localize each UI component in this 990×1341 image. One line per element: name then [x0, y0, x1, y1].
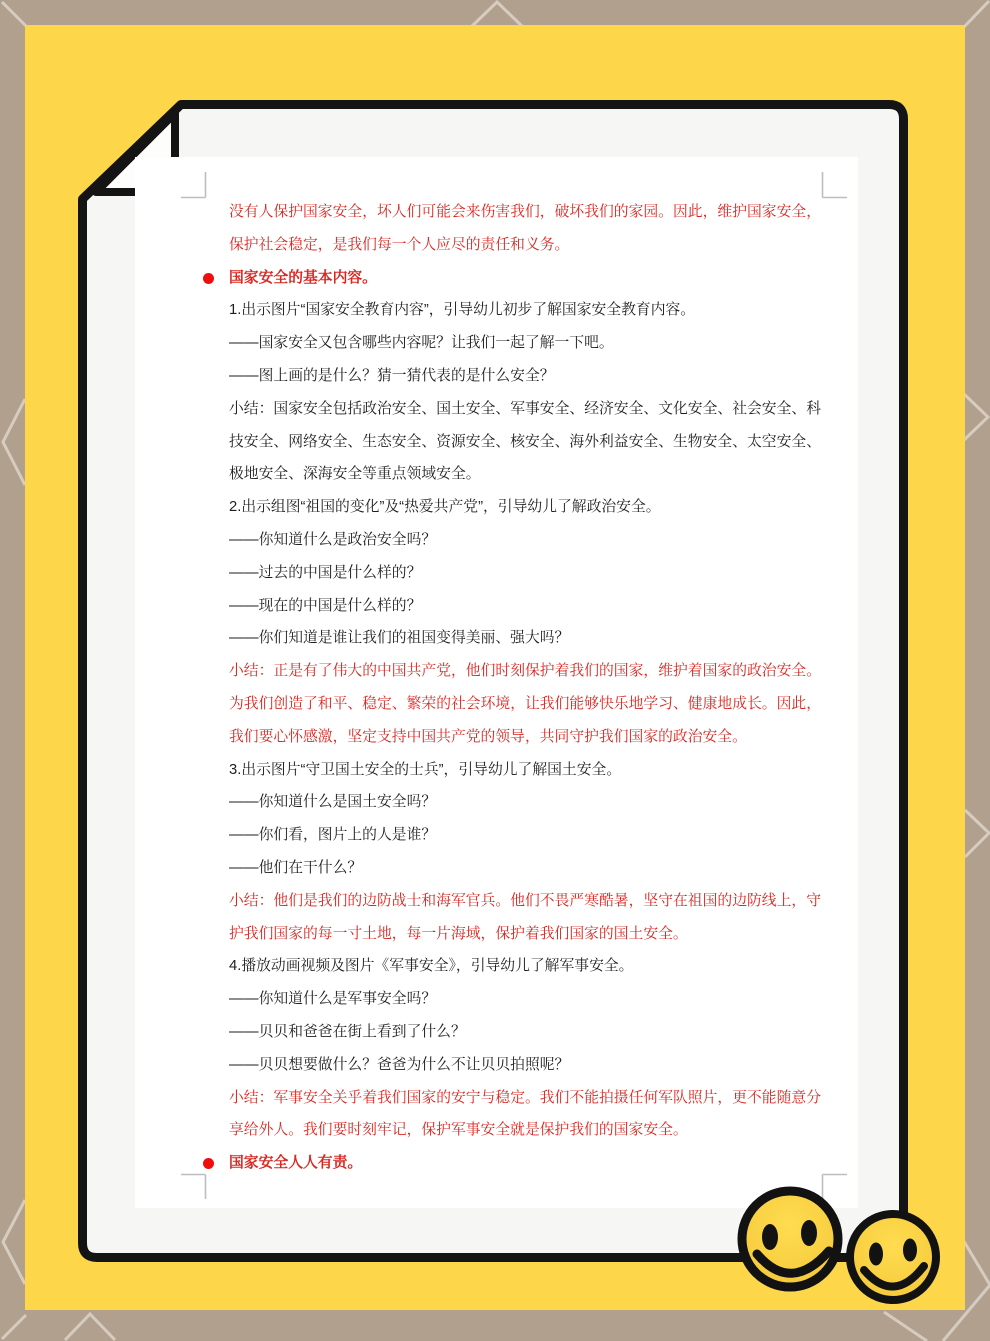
smiley-eye [869, 1243, 883, 1266]
framed-card: 没有人保护国家安全，坏人们可能会来伤害我们，破坏我们的家园。因此，维护国家安全，… [0, 0, 990, 1341]
smiley-icon-small [850, 1214, 936, 1300]
smiley-eye [903, 1239, 917, 1262]
smiley-icon-large [742, 1191, 838, 1287]
smiley-eye [801, 1220, 817, 1246]
smiley-stickers [0, 0, 990, 1341]
smiley-eye [762, 1224, 778, 1250]
